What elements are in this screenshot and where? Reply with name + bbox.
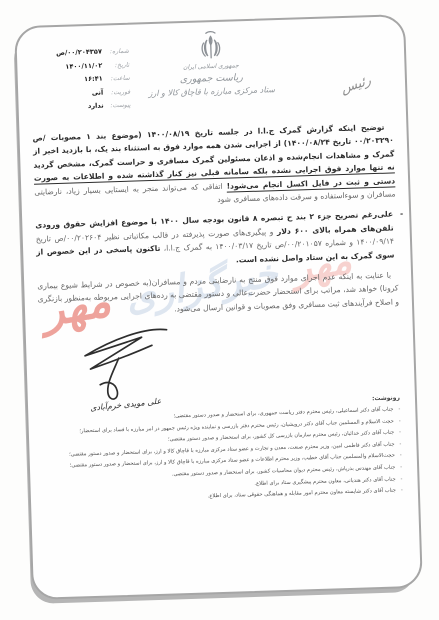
signature-scribble-icon (63, 319, 176, 406)
paragraph-customs-report: توضیح اینکه گزارش گمرک ج.ا.ا در جلسه تار… (32, 120, 395, 212)
iran-national-emblem-icon (197, 30, 224, 63)
cc-item-dash: - (399, 416, 401, 428)
scanned-letter-page: { "letter": { "stamp": { "rows": [ { "la… (0, 0, 439, 620)
cc-item-dash: - (400, 462, 402, 474)
stamp-attachment-label: پیوست: (108, 102, 131, 110)
cc-item-dash: - (399, 428, 401, 440)
cc-item-dash: - (398, 404, 400, 416)
paragraph-budget-law: -علی‌رغم تصریح جزء ۲ بند ح تبصره ۸ قانون… (35, 208, 398, 273)
cc-item-dash: - (400, 474, 402, 486)
p1-bold-segment: توضیح اینکه گزارش گمرک ج.ا.ا در جلسه تار… (32, 123, 394, 170)
stamp-row-attachment: پیوست: ندارد (27, 101, 131, 112)
signature-block: علی مویدی خرم‌آبادی (63, 319, 196, 410)
paragraph-closing: با عنایت به اینکه عدم اجرای موارد فوق من… (37, 268, 399, 320)
cc-list: رونوشت: -جناب آقای دکتر اسماعیلی، رئیس م… (54, 394, 403, 508)
cc-item-dash: - (400, 451, 402, 463)
cc-item-dash: - (401, 485, 403, 497)
letter-frame: شماره: ‭ص/۰۰/۲۰۴۳۵۷‬ تاریخ: ۱۴۰۰/۱۱/۰۲ س… (14, 14, 423, 600)
stamp-attachment-value: ندارد (88, 102, 104, 110)
cc-item-dash: - (399, 439, 401, 451)
letter-body: توضیح اینکه گزارش گمرک ج.ا.ا در جلسه تار… (32, 120, 399, 327)
bullet-dash: - (400, 208, 404, 221)
